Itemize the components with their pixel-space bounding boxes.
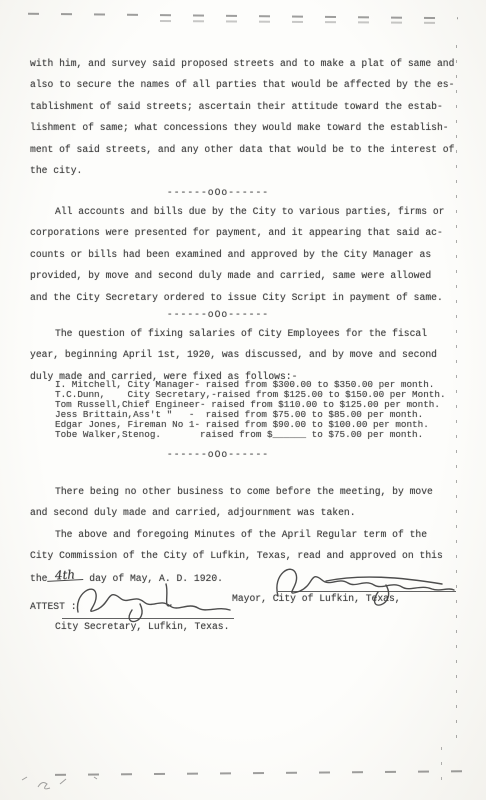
minutes-line: and the City Secretary ordered to issue …: [30, 287, 460, 308]
minutes-line: corporations were presented for payment,…: [30, 222, 460, 243]
scan-edge-bottom: [55, 770, 475, 776]
section-divider: ------oOo------: [18, 449, 418, 460]
minutes-line: also to secure the names of all parties …: [30, 74, 460, 95]
mayor-signature: [268, 556, 460, 614]
scan-edge-top-2: [160, 20, 450, 24]
salary-row: Tobe Walker,Stenog. raised from $______ …: [55, 430, 446, 440]
section-divider: ------oOo------: [18, 187, 418, 198]
section-divider: ------oOo------: [18, 309, 418, 320]
paragraph-adjournment: There being no other business to come be…: [30, 481, 460, 524]
mayor-title: Mayor, City of Lufkin, Texas,: [232, 593, 401, 604]
scan-mark-cross-vertical: [441, 747, 442, 783]
salary-list: I. Mitchell, City Manager- raised from $…: [55, 380, 446, 439]
paragraph-bills: All accounts and bills due by the City t…: [30, 201, 460, 308]
minutes-line: The question of fixing salaries of City …: [30, 323, 460, 344]
minutes-line: counts or bills had been examined and ap…: [30, 244, 460, 265]
minutes-line: and second duly made and carried, adjour…: [30, 502, 460, 523]
minutes-line: lishment of same; what concessions they …: [30, 117, 460, 138]
scan-edge-top: [28, 13, 458, 20]
minutes-line: tablishment of said streets; ascertain t…: [30, 96, 460, 117]
secretary-signature-line: [62, 618, 234, 619]
paragraph-salaries: The question of fixing salaries of City …: [30, 323, 460, 387]
minutes-line: the city.: [30, 160, 460, 181]
pencil-marks: [16, 774, 106, 794]
date-prefix: the: [30, 573, 47, 584]
secretary-title: City Secretary, Lufkin, Texas.: [55, 621, 229, 632]
minutes-line: All accounts and bills due by the City t…: [30, 201, 460, 222]
minutes-line: provided, by move and second duly made a…: [30, 265, 460, 286]
paragraph-survey: with him, and survey said proposed stree…: [30, 53, 460, 181]
minutes-line: There being no other business to come be…: [30, 481, 460, 502]
scanned-minutes-page: with him, and survey said proposed stree…: [0, 0, 486, 800]
minutes-line: with him, and survey said proposed stree…: [30, 53, 460, 74]
minutes-line: ment of said streets, and any other data…: [30, 139, 460, 160]
mayor-signature-line: [278, 591, 456, 592]
minutes-line: The above and foregoing Minutes of the A…: [30, 524, 460, 545]
minutes-line: year, beginning April 1st, 1920, was dis…: [30, 344, 460, 365]
